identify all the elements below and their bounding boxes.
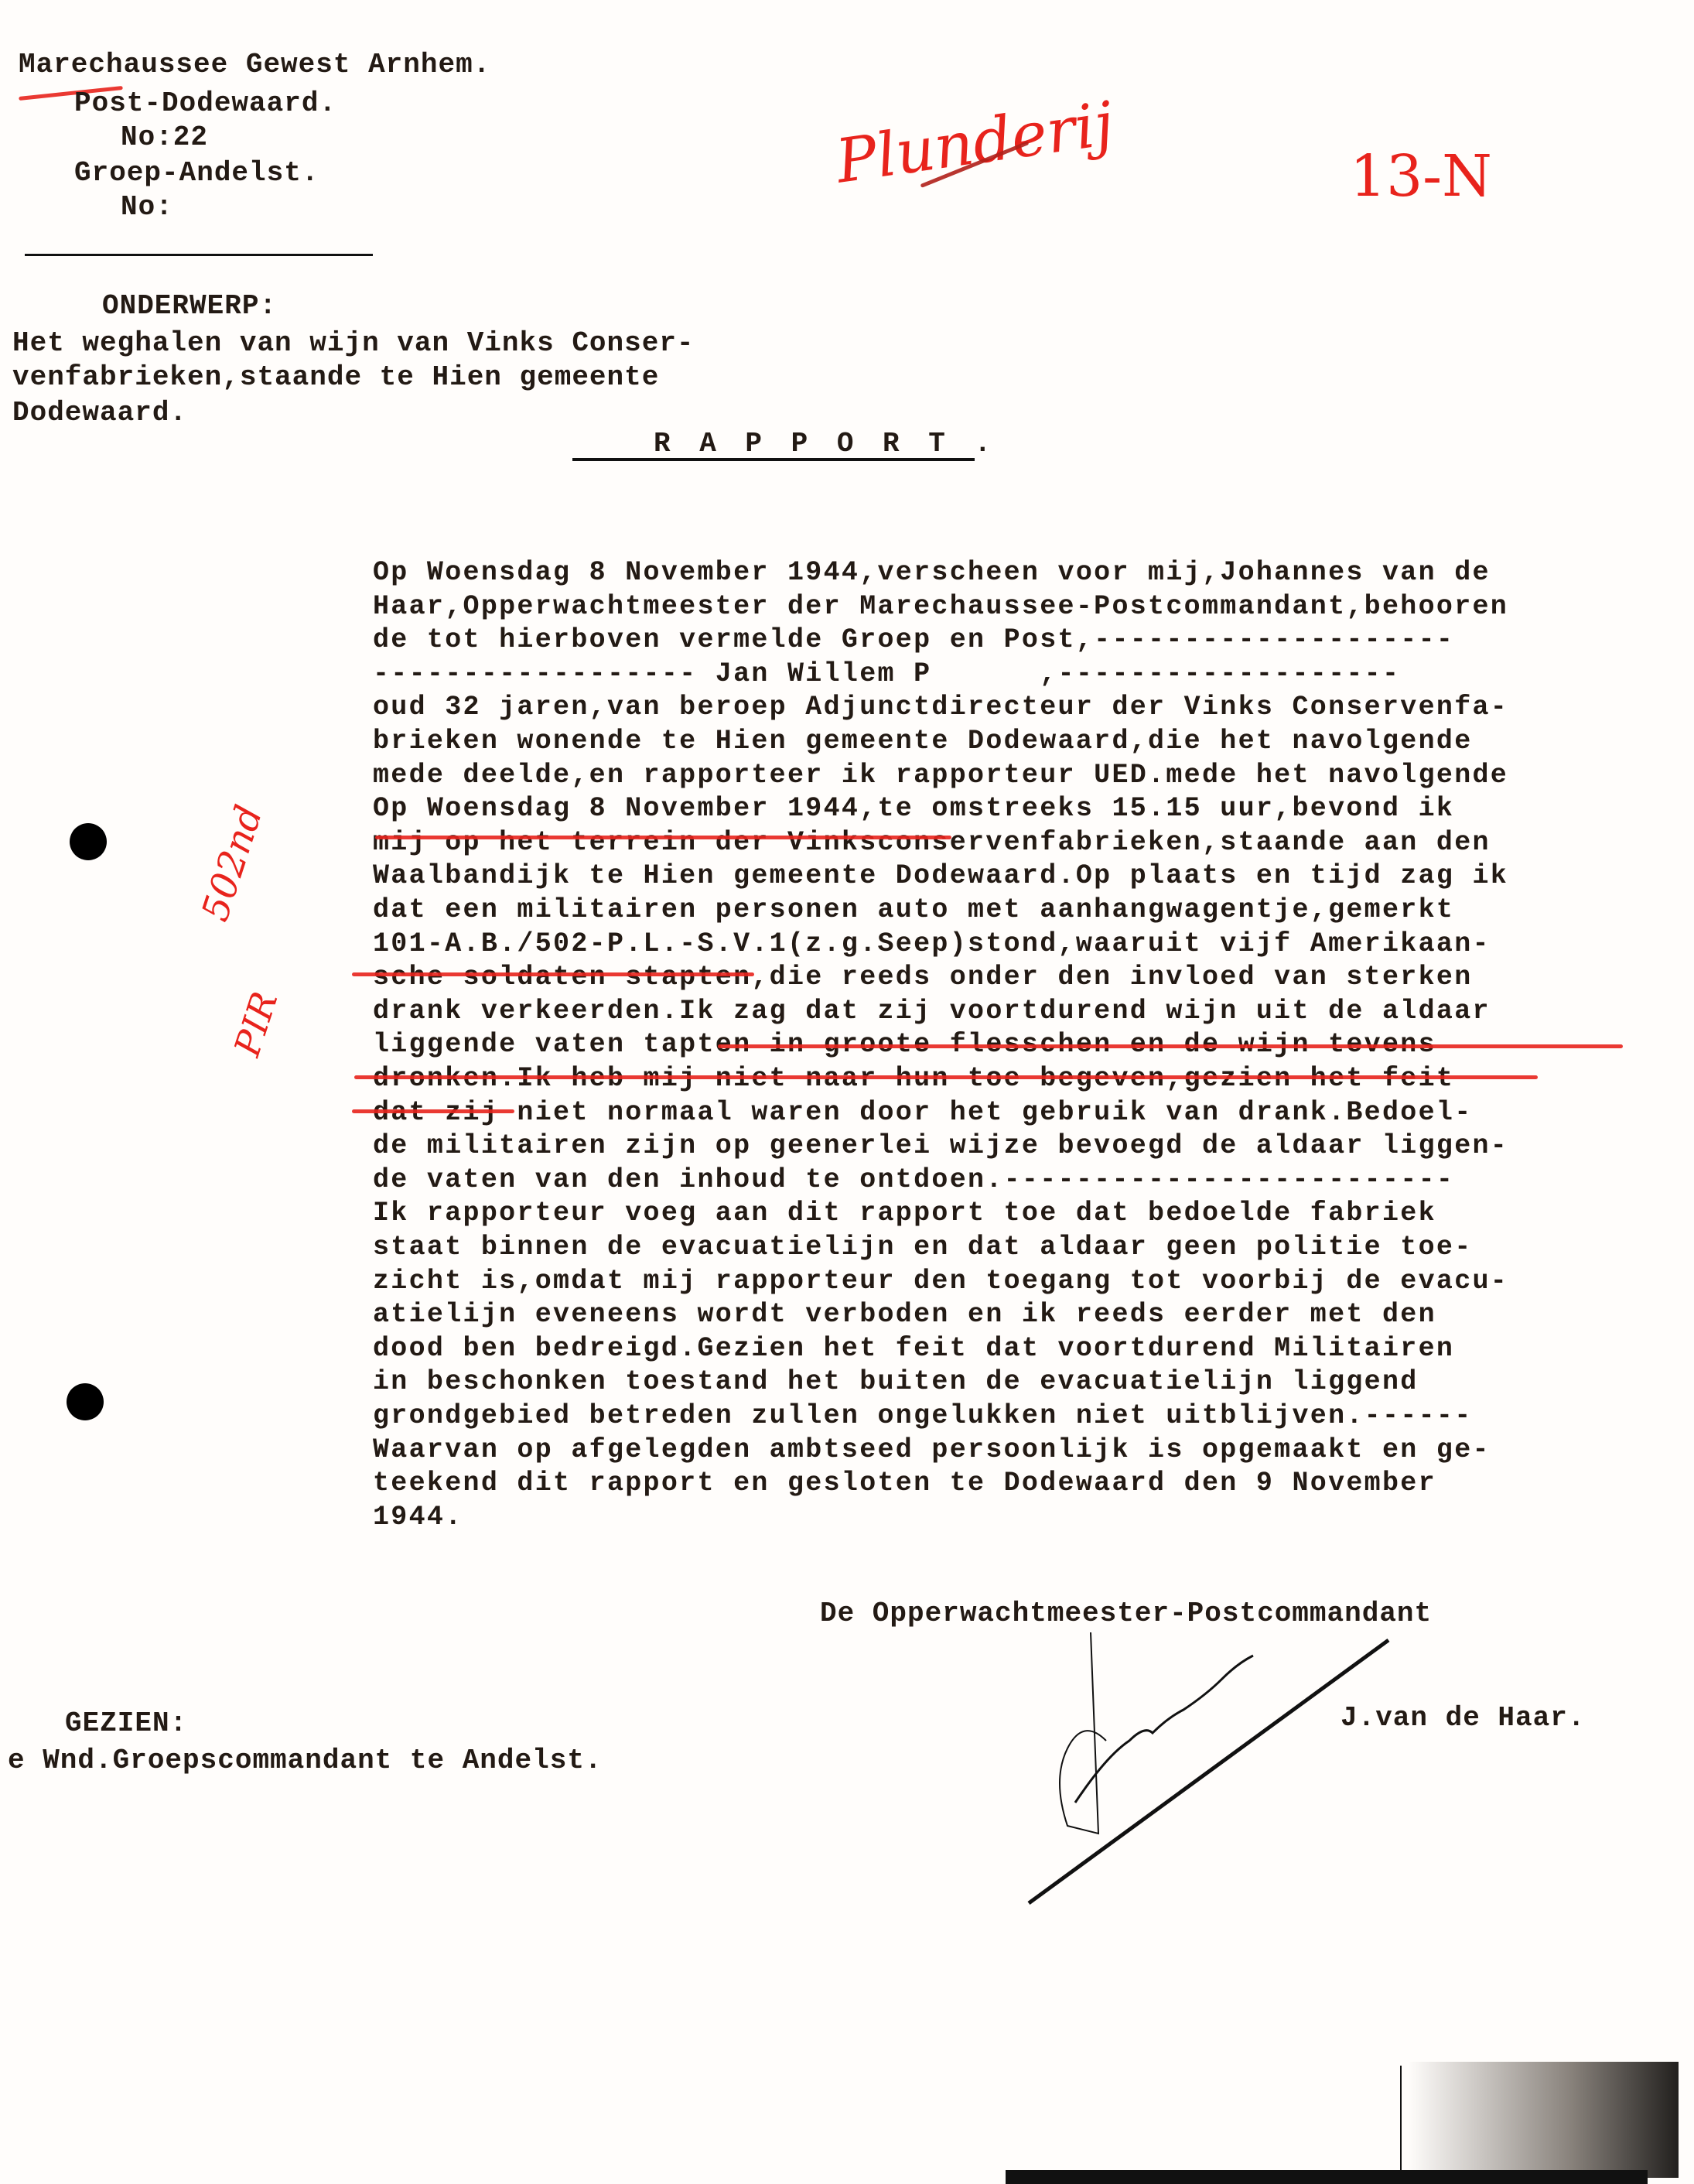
annotation-plunderij: Plunderij (832, 89, 1117, 197)
body-line: Waarvan op afgelegden ambtseed persoonli… (373, 1434, 1491, 1465)
scan-bottom-edge (1006, 2170, 1648, 2184)
body-line: sche soldaten stapten,die reeds onder de… (373, 962, 1473, 993)
body-line: zicht is,omdat mij rapporteur den toegan… (373, 1266, 1508, 1297)
body-line: teekend dit rapport en gesloten te Dodew… (373, 1468, 1436, 1499)
body-line: de tot hierboven vermelde Groep en Post,… (373, 624, 1454, 655)
body-line: Ik rapporteur voeg aan dit rapport toe d… (373, 1198, 1436, 1229)
header-line-1: Marechaussee Gewest Arnhem. (19, 51, 490, 79)
body-line: grondgebied betreden zullen ongelukken n… (373, 1400, 1473, 1431)
body-line: staat binnen de evacuatielijn en dat ald… (373, 1232, 1473, 1263)
subject-line-2: venfabrieken,staande te Hien gemeente (12, 364, 659, 391)
signature-title: De Opperwachtmeester-Postcommandant (820, 1600, 1432, 1628)
red-underline-wine-2 (354, 1075, 1538, 1079)
red-underline-wine-1 (718, 1044, 1623, 1048)
subject-line-1: Het weghalen van wijn van Vinks Conser- (12, 330, 695, 357)
body-line: oud 32 jaren,van beroep Adjunctdirecteur… (373, 692, 1508, 723)
body-line: dat zij niet normaal waren door het gebr… (373, 1097, 1473, 1128)
handwritten-signature (1021, 1632, 1423, 1911)
body-line: de vaten van den inhoud te ontdoen.-----… (373, 1164, 1454, 1195)
body-line: de militairen zijn op geenerlei wijze be… (373, 1130, 1508, 1161)
red-underline-vehicle (352, 972, 754, 976)
body-line: brieken wonende te Hien gemeente Dodewaa… (373, 726, 1473, 757)
body-line: ------------------ Jan Willem P ,-------… (373, 658, 1400, 689)
annotation-margin-pir: PIR (226, 986, 285, 1061)
punch-hole-top (70, 823, 107, 860)
body-line: mede deelde,en rapporteer ik rapporteur … (373, 760, 1508, 791)
scan-shadow (1408, 2062, 1679, 2178)
body-line: atielijn eveneens wordt verboden en ik r… (373, 1299, 1436, 1330)
punch-hole-bottom (67, 1383, 104, 1420)
header-line-3: No:22 (121, 124, 208, 152)
body-line: dat een militairen personen auto met aan… (373, 894, 1454, 925)
body-line: dood ben bedreigd.Gezien het feit dat vo… (373, 1333, 1454, 1364)
seen-text: e Wnd.Groepscommandant te Andelst. (8, 1747, 603, 1775)
body-line: 101-A.B./502-P.L.-S.V.1(z.g.Seep)stond,w… (373, 928, 1491, 959)
header-line-2: Post-Dodewaard. (74, 90, 336, 118)
body-line: Op Woensdag 8 November 1944,verscheen vo… (373, 557, 1491, 588)
seen-label: GEZIEN: (65, 1710, 187, 1738)
body-line: drank verkeerden.Ik zag dat zij voortdur… (373, 996, 1491, 1027)
scan-edge (1400, 2066, 1402, 2182)
report-title-underline (572, 458, 975, 461)
annotation-ref: 13-N (1350, 143, 1492, 210)
signature-name: J.van de Haar. (1341, 1704, 1585, 1732)
annotation-margin-502nd: 502nd (193, 800, 272, 926)
body-line: in beschonken toestand het buiten de eva… (373, 1366, 1419, 1397)
header-line-5: No: (121, 193, 173, 221)
subject-line-3: Dodewaard. (12, 399, 187, 427)
red-underline-date (375, 836, 951, 839)
body-line: 1944. (373, 1502, 463, 1533)
header-divider (25, 254, 373, 256)
body-line: Op Woensdag 8 November 1944,te omstreeks… (373, 793, 1454, 824)
body-line: mij op het terrein der Vinksconservenfab… (373, 827, 1491, 858)
header-line-4: Groep-Andelst. (74, 159, 319, 187)
body-line: Haar,Opperwachtmeester der Marechaussee-… (373, 591, 1508, 622)
body-line: Waalbandijk te Hien gemeente Dodewaard.O… (373, 860, 1508, 891)
red-underline-wine-3 (352, 1109, 514, 1113)
subject-label: ONDERWERP: (102, 292, 277, 320)
report-title: R A P P O R T . (654, 430, 997, 458)
